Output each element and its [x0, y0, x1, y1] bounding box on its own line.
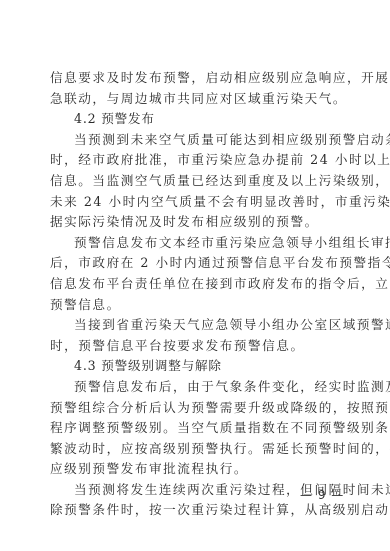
text-line: 程序调整预警级别。当空气质量指数在不同预警级别条件内频 [50, 418, 342, 439]
text-line: 时，预警信息平台按要求发布预警信息。 [50, 336, 342, 357]
document-page: 信息要求及时发布预警，启动相应级别应急响应，开展区域应 急联动，与周边城市共同应… [0, 0, 390, 551]
text-line: 繁波动时，应按高级别预警执行。需延长预警时间的，按照相 [50, 439, 342, 460]
text-line: 预警信息。 [50, 295, 342, 316]
page-number: — 9 — [300, 488, 344, 502]
text-line: 预警信息发布后，由于气象条件变化，经实时监测及预报 [50, 377, 342, 398]
text-line: 信息要求及时发布预警，启动相应级别应急响应，开展区域应 [50, 68, 342, 89]
text-line: 后，市政府在 2 小时内通过预警信息平台发布预警指令。预警 [50, 253, 342, 274]
text-line: 当预测将发生连续两次重污染过程，但间隔时间未达到解 [50, 480, 342, 501]
text-line: 除预警条件时，按一次重污染过程计算，从高级别启动预警。 [50, 500, 342, 521]
text-line: 急联动，与周边城市共同应对区域重污染天气。 [50, 89, 342, 110]
text-line: 预警组综合分析后认为预警需要升级或降级的，按照预警发布 [50, 398, 342, 419]
section-heading-4-2: 4.2 预警发布 [50, 109, 342, 130]
text-line: 据实际污染情况及时发布相应级别的预警。 [50, 212, 342, 233]
text-line: 信息。当监测空气质量已经达到重度及以上污染级别，且预测 [50, 171, 342, 192]
text-line: 当预测到未来空气质量可能达到相应级别预警启动条件 [50, 130, 342, 151]
section-heading-4-3: 4.3 预警级别调整与解除 [50, 356, 342, 377]
text-line: 时，经市政府批准，市重污染应急办提前 24 小时以上发布预警 [50, 150, 342, 171]
text-line: 信息发布平台责任单位在接到市政府发布的指令后，立即发布 [50, 274, 342, 295]
body-text: 信息要求及时发布预警，启动相应级别应急响应，开展区域应 急联动，与周边城市共同应… [50, 68, 342, 521]
text-line: 当接到省重污染天气应急领导小组办公室区域预警通知 [50, 315, 342, 336]
text-line: 应级别预警发布审批流程执行。 [50, 459, 342, 480]
text-line: 预警信息发布文本经市重污染应急领导小组组长审批签发 [50, 233, 342, 254]
text-line: 未来 24 小时内空气质量不会有明显改善时，市重污染应急办根 [50, 192, 342, 213]
